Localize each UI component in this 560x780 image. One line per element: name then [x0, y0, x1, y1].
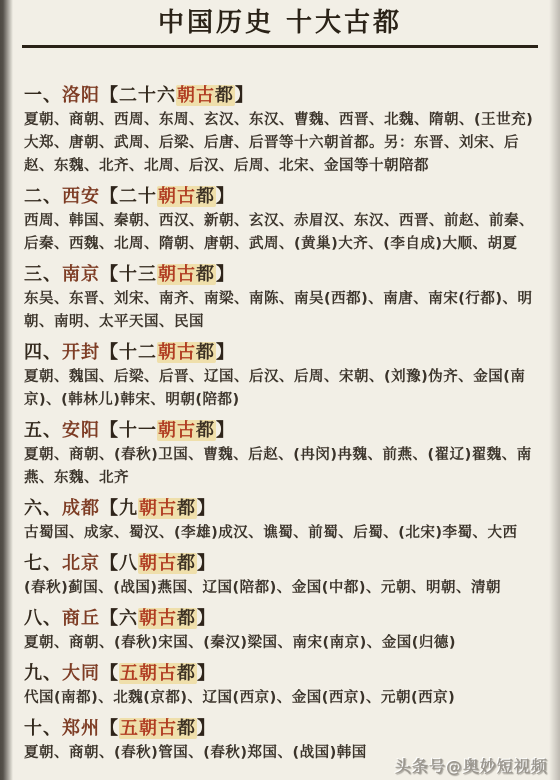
bracket-close: 】: [197, 663, 216, 684]
section-city: 洛阳: [62, 85, 100, 106]
count-highlight: 朝古都: [138, 608, 197, 629]
section-datong: 九、大同【五朝古都】 代国(南都)、北魏(京都)、辽国(西京)、金国(西京)、元…: [24, 662, 540, 710]
count-red: 朝古: [158, 186, 196, 207]
count-red: 朝古: [158, 342, 196, 363]
count-red: 朝古: [139, 608, 177, 629]
count-prefix: 十一: [119, 420, 157, 441]
section-body: 西周、韩国、秦朝、西汉、新朝、玄汉、赤眉汉、东汉、西晋、前赵、前秦、后秦、西魏、…: [24, 210, 540, 256]
bracket-open: 【: [100, 553, 119, 574]
count-highlight: 五朝古都: [119, 718, 197, 739]
count-highlight: 朝古都: [138, 553, 197, 574]
count-tail: 都: [177, 718, 196, 739]
count-prefix: 九: [119, 498, 138, 519]
count-highlight: 朝古都: [157, 186, 216, 207]
bracket-close: 】: [216, 264, 235, 285]
bracket-open: 【: [100, 342, 119, 363]
bracket-open: 【: [100, 186, 119, 207]
count-red: 朝古: [177, 85, 215, 106]
count-tail: 都: [215, 85, 234, 106]
count-tail: 都: [196, 342, 215, 363]
count-red: 朝古: [158, 264, 196, 285]
section-body: 夏朝、商朝、(春秋)卫国、曹魏、后赵、(冉闵)冉魏、前燕、(翟辽)翟魏、南燕、东…: [24, 444, 540, 490]
section-beijing: 七、北京【八朝古都】 (春秋)蓟国、(战国)燕国、辽国(陪都)、金国(中都)、元…: [24, 552, 540, 600]
count-red: 五朝古: [120, 718, 177, 739]
bracket-close: 】: [216, 420, 235, 441]
count-highlight: 朝古都: [138, 498, 197, 519]
page-title: 中国历史 十大古都: [0, 0, 560, 38]
section-body: 代国(南都)、北魏(京都)、辽国(西京)、金国(西京)、元朝(西京): [24, 687, 540, 710]
section-number: 十、: [24, 718, 62, 739]
bracket-open: 【: [100, 663, 119, 684]
section-city: 商丘: [62, 608, 100, 629]
section-header: 五、安阳【十一朝古都】: [24, 419, 540, 442]
section-number: 一、: [24, 85, 62, 106]
section-number: 七、: [24, 553, 62, 574]
section-header: 二、西安【二十朝古都】: [24, 185, 540, 208]
bracket-open: 【: [100, 264, 119, 285]
section-number: 三、: [24, 264, 62, 285]
page: 中国历史 十大古都 一、洛阳【二十六朝古都】 夏朝、商朝、西周、东周、玄汉、东汉…: [0, 0, 560, 780]
section-xian: 二、西安【二十朝古都】 西周、韩国、秦朝、西汉、新朝、玄汉、赤眉汉、东汉、西晋、…: [24, 185, 540, 256]
count-highlight: 朝古都: [176, 85, 235, 106]
section-header: 七、北京【八朝古都】: [24, 552, 540, 575]
bracket-close: 】: [197, 608, 216, 629]
section-number: 九、: [24, 663, 62, 684]
bracket-close: 】: [197, 498, 216, 519]
section-city: 开封: [62, 342, 100, 363]
title-divider: [22, 45, 538, 48]
bracket-open: 【: [100, 718, 119, 739]
section-city: 安阳: [62, 420, 100, 441]
section-body: 夏朝、魏国、后梁、后晋、辽国、后汉、后周、宋朝、(刘豫)伪齐、金国(南京)、(韩…: [24, 366, 540, 412]
section-number: 六、: [24, 498, 62, 519]
section-city: 郑州: [62, 718, 100, 739]
count-prefix: 八: [119, 553, 138, 574]
section-body: (春秋)蓟国、(战国)燕国、辽国(陪都)、金国(中都)、元朝、明朝、清朝: [24, 577, 540, 600]
section-shangqiu: 八、商丘【六朝古都】 夏朝、商朝、(春秋)宋国、(秦汉)梁国、南宋(南京)、金国…: [24, 607, 540, 655]
count-red: 朝古: [139, 553, 177, 574]
section-body: 古蜀国、成家、蜀汉、(李雄)成汉、谯蜀、前蜀、后蜀、(北宋)李蜀、大西: [24, 522, 540, 545]
count-highlight: 朝古都: [157, 342, 216, 363]
bracket-close: 】: [235, 85, 254, 106]
count-tail: 都: [196, 420, 215, 441]
count-red: 五朝古: [120, 663, 177, 684]
count-tail: 都: [177, 663, 196, 684]
section-number: 四、: [24, 342, 62, 363]
section-chengdu: 六、成都【九朝古都】 古蜀国、成家、蜀汉、(李雄)成汉、谯蜀、前蜀、后蜀、(北宋…: [24, 497, 540, 545]
bracket-open: 【: [100, 85, 119, 106]
bracket-open: 【: [100, 420, 119, 441]
count-tail: 都: [177, 498, 196, 519]
section-header: 十、郑州【五朝古都】: [24, 717, 540, 740]
count-tail: 都: [177, 553, 196, 574]
section-body: 夏朝、商朝、(春秋)宋国、(秦汉)梁国、南宋(南京)、金国(归德): [24, 632, 540, 655]
section-city: 成都: [62, 498, 100, 519]
section-anyang: 五、安阳【十一朝古都】 夏朝、商朝、(春秋)卫国、曹魏、后赵、(冉闵)冉魏、前燕…: [24, 419, 540, 490]
section-header: 一、洛阳【二十六朝古都】: [24, 84, 540, 107]
section-city: 西安: [62, 186, 100, 207]
section-city: 南京: [62, 264, 100, 285]
count-prefix: 十二: [119, 342, 157, 363]
count-highlight: 五朝古都: [119, 663, 197, 684]
section-luoyang: 一、洛阳【二十六朝古都】 夏朝、商朝、西周、东周、玄汉、东汉、曹魏、西晋、北魏、…: [24, 84, 540, 178]
count-tail: 都: [177, 608, 196, 629]
count-prefix: 六: [119, 608, 138, 629]
bracket-close: 】: [197, 718, 216, 739]
section-header: 六、成都【九朝古都】: [24, 497, 540, 520]
count-highlight: 朝古都: [157, 420, 216, 441]
section-nanjing: 三、南京【十三朝古都】 东吴、东晋、刘宋、南齐、南梁、南陈、南吴(西都)、南唐、…: [24, 263, 540, 334]
count-tail: 都: [196, 186, 215, 207]
bracket-close: 】: [216, 342, 235, 363]
count-prefix: 二十六: [119, 85, 176, 106]
sections-list: 一、洛阳【二十六朝古都】 夏朝、商朝、西周、东周、玄汉、东汉、曹魏、西晋、北魏、…: [0, 84, 560, 765]
count-red: 朝古: [158, 420, 196, 441]
section-body: 东吴、东晋、刘宋、南齐、南梁、南陈、南吴(西都)、南唐、南宋(行都)、明朝、南明…: [24, 288, 540, 334]
count-prefix: 二十: [119, 186, 157, 207]
bracket-close: 】: [216, 186, 235, 207]
section-city: 北京: [62, 553, 100, 574]
section-city: 大同: [62, 663, 100, 684]
count-red: 朝古: [139, 498, 177, 519]
section-number: 八、: [24, 608, 62, 629]
section-number: 二、: [24, 186, 62, 207]
section-body: 夏朝、商朝、西周、东周、玄汉、东汉、曹魏、西晋、北魏、隋朝、(王世充)大郑、唐朝…: [24, 109, 540, 178]
count-prefix: 十三: [119, 264, 157, 285]
bracket-open: 【: [100, 608, 119, 629]
section-header: 八、商丘【六朝古都】: [24, 607, 540, 630]
count-highlight: 朝古都: [157, 264, 216, 285]
section-header: 三、南京【十三朝古都】: [24, 263, 540, 286]
count-tail: 都: [196, 264, 215, 285]
bracket-close: 】: [197, 553, 216, 574]
section-header: 九、大同【五朝古都】: [24, 662, 540, 685]
bracket-open: 【: [100, 498, 119, 519]
section-number: 五、: [24, 420, 62, 441]
section-kaifeng: 四、开封【十二朝古都】 夏朝、魏国、后梁、后晋、辽国、后汉、后周、宋朝、(刘豫)…: [24, 341, 540, 412]
section-header: 四、开封【十二朝古都】: [24, 341, 540, 364]
watermark: 头条号@奥妙短视频: [395, 754, 548, 777]
